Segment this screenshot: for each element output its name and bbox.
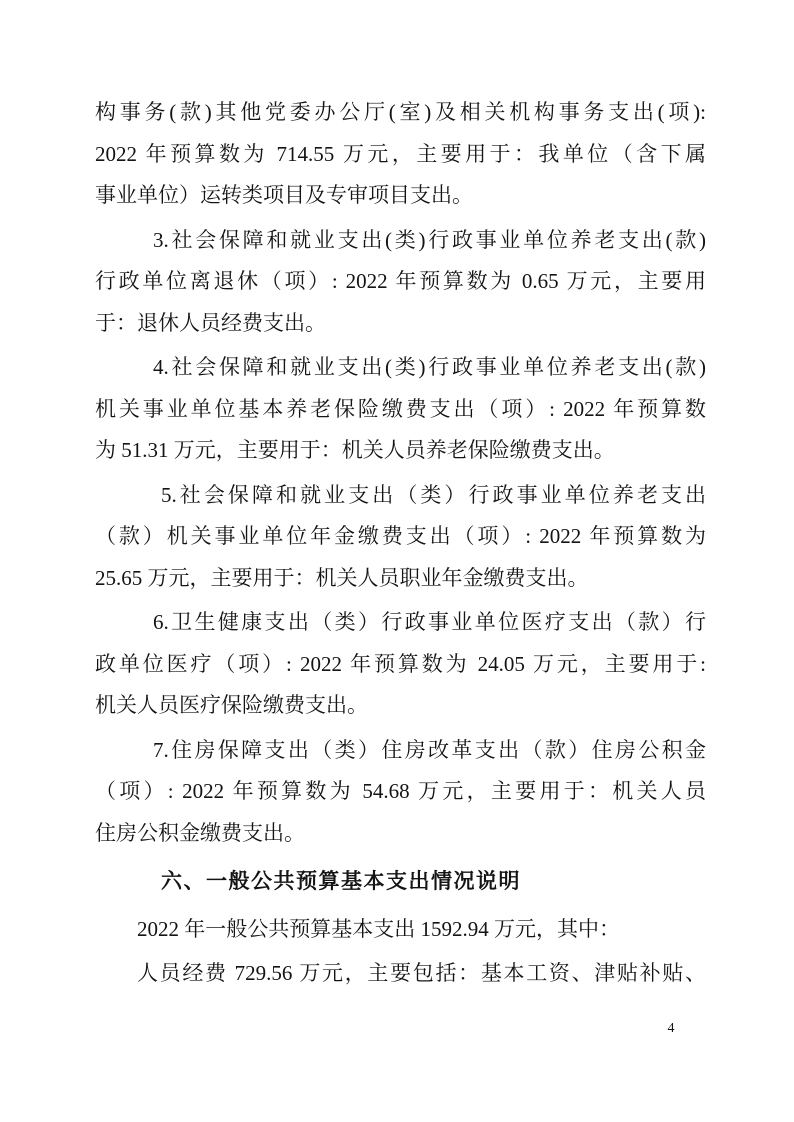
text-line: 3.社会保障和就业支出(类)行政事业单位养老支出(款) — [95, 220, 706, 262]
document-page: 构事务(款)其他党委办公厅(室)及相关机构事务支出(项):2022 年预算数为 … — [0, 0, 794, 1122]
text-line: 人员经费 729.56 万元，主要包括：基本工资、津贴补贴、 — [95, 953, 706, 995]
para-item-7: 7.住房保障支出（类）住房改革支出（款）住房公积金（项）: 2022 年预算数为… — [95, 730, 706, 855]
document-body: 构事务(款)其他党委办公厅(室)及相关机构事务支出(项):2022 年预算数为 … — [95, 92, 706, 998]
text-line: 为 51.31 万元，主要用于：机关人员养老保险缴费支出。 — [95, 430, 706, 472]
text-line: （款）机关事业单位年金缴费支出（项）: 2022 年预算数为 — [95, 516, 706, 558]
text-line: 25.65 万元，主要用于：机关人员职业年金缴费支出。 — [95, 558, 706, 600]
section-heading-six: 六、一般公共预算基本支出情况说明 — [95, 861, 706, 903]
para-continuation-item-2: 构事务(款)其他党委办公厅(室)及相关机构事务支出(项):2022 年预算数为 … — [95, 92, 706, 217]
text-line: 住房公积金缴费支出。 — [95, 813, 706, 855]
text-line: 构事务(款)其他党委办公厅(室)及相关机构事务支出(项): — [95, 92, 706, 134]
text-line: 政单位医疗（项）: 2022 年预算数为 24.05 万元，主要用于: — [95, 644, 706, 686]
para-basic-expenditure-total: 2022 年一般公共预算基本支出 1592.94 万元，其中： — [95, 909, 706, 951]
section-heading-text: 六、一般公共预算基本支出情况说明 — [95, 861, 706, 903]
para-item-6: 6.卫生健康支出（类）行政事业单位医疗支出（款）行政单位医疗（项）: 2022 … — [95, 602, 706, 727]
text-line: 机关事业单位基本养老保险缴费支出（项）: 2022 年预算数 — [95, 389, 706, 431]
text-line: 6.卫生健康支出（类）行政事业单位医疗支出（款）行 — [95, 602, 706, 644]
text-line: 事业单位）运转类项目及专审项目支出。 — [95, 175, 706, 217]
para-item-5: 5.社会保障和就业支出（类）行政事业单位养老支出（款）机关事业单位年金缴费支出（… — [95, 475, 706, 600]
text-line: 机关人员医疗保险缴费支出。 — [95, 685, 706, 727]
text-line: （项）: 2022 年预算数为 54.68 万元，主要用于：机关人员 — [95, 771, 706, 813]
text-line: 2022 年一般公共预算基本支出 1592.94 万元，其中： — [95, 909, 706, 951]
text-line: 行政单位离退休（项）: 2022 年预算数为 0.65 万元，主要用 — [95, 261, 706, 303]
para-item-3: 3.社会保障和就业支出(类)行政事业单位养老支出(款)行政单位离退休（项）: 2… — [95, 220, 706, 345]
para-personnel-expense: 人员经费 729.56 万元，主要包括：基本工资、津贴补贴、 — [95, 953, 706, 995]
text-line: 7.住房保障支出（类）住房改革支出（款）住房公积金 — [95, 730, 706, 772]
para-item-4: 4.社会保障和就业支出(类)行政事业单位养老支出(款)机关事业单位基本养老保险缴… — [95, 347, 706, 472]
text-line: 5.社会保障和就业支出（类）行政事业单位养老支出 — [95, 475, 706, 517]
text-line: 4.社会保障和就业支出(类)行政事业单位养老支出(款) — [95, 347, 706, 389]
page-number: 4 — [660, 1019, 682, 1039]
text-line: 2022 年预算数为 714.55 万元，主要用于：我单位（含下属 — [95, 134, 706, 176]
text-line: 于：退休人员经费支出。 — [95, 303, 706, 345]
